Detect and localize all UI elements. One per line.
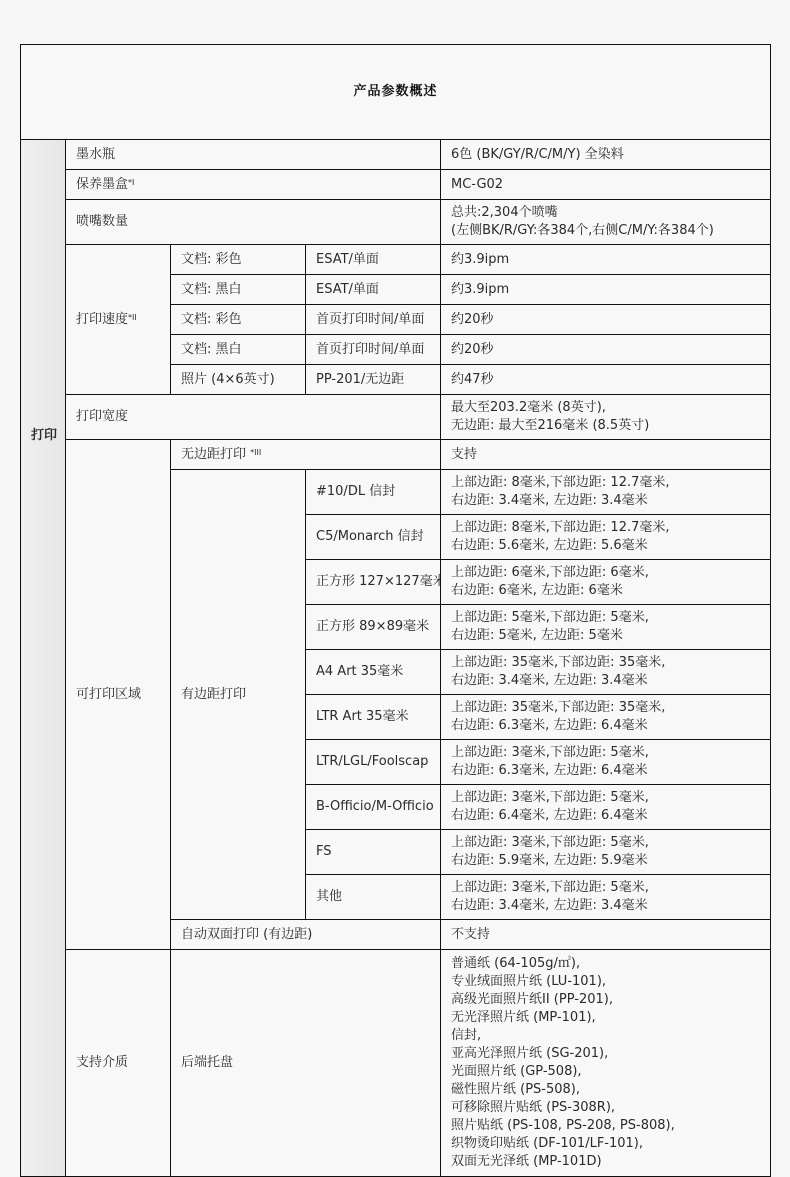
margin-line1: 上部边距: 8毫米,下部边距: 12.7毫米, [451,519,760,537]
margin-media: #10/DL 信封 [306,470,441,515]
duplex-value: 不支持 [441,920,771,950]
margin-media: C5/Monarch 信封 [306,515,441,560]
margin-media: 正方形 127×127毫米 [306,560,441,605]
bordered-label: 有边距打印 [171,470,306,920]
borderless-value: 支持 [441,440,771,470]
media-item: 亚高光泽照片纸 (SG-201), [451,1045,760,1063]
margin-media: A4 Art 35毫米 [306,650,441,695]
margin-value: 上部边距: 3毫米,下部边距: 5毫米,右边距: 6.3毫米, 左边距: 6.4… [441,740,771,785]
margin-value: 上部边距: 35毫米,下部边距: 35毫米,右边距: 6.3毫米, 左边距: 6… [441,695,771,740]
nozzles-value-line1: 总共:2,304个喷嘴 [451,204,760,222]
duplex-label: 自动双面打印 (有边距) [171,920,441,950]
margin-line2: 右边距: 5毫米, 左边距: 5毫米 [451,627,760,645]
speed-type: 文档: 黑白 [171,275,306,305]
footnote-marker: *III [250,448,261,457]
nozzles-value: 总共:2,304个喷嘴 (左侧BK/R/GY:各384个,右侧C/M/Y:各38… [441,200,771,245]
margin-line1: 上部边距: 3毫米,下部边距: 5毫米, [451,789,760,807]
margin-line2: 右边距: 6.3毫米, 左边距: 6.4毫米 [451,717,760,735]
speed-value: 约3.9ipm [441,245,771,275]
margin-value: 上部边距: 5毫米,下部边距: 5毫米,右边距: 5毫米, 左边距: 5毫米 [441,605,771,650]
media-item: 光面照片纸 (GP-508), [451,1063,760,1081]
margin-line2: 右边距: 3.4毫米, 左边距: 3.4毫米 [451,492,760,510]
tray-label: 后端托盘 [171,950,441,1159]
speed-value: 约20秒 [441,305,771,335]
margin-line1: 上部边距: 3毫米,下部边距: 5毫米, [451,879,760,897]
speed-condition: 首页打印时间/单面 [306,305,441,335]
speed-value: 约20秒 [441,335,771,365]
media-item: 可移除照片贴纸 (PS-308R), [451,1099,760,1117]
media-item: 高级光面照片纸II (PP-201), [451,991,760,1009]
ink-bottle-value: 6色 (BK/GY/R/C/M/Y) 全染料 [441,140,771,170]
print-width-line2: 无边距: 最大至216毫米 (8.5英寸) [451,417,760,435]
margin-value: 上部边距: 3毫米,下部边距: 5毫米,右边距: 6.4毫米, 左边距: 6.4… [441,785,771,830]
margin-line2: 右边距: 5.9毫米, 左边距: 5.9毫米 [451,852,760,870]
supported-media-label: 支持介质 [66,950,171,1159]
media-item: 信封, [451,1027,760,1045]
speed-condition: ESAT/单面 [306,275,441,305]
margin-line1: 上部边距: 5毫米,下部边距: 5毫米, [451,609,760,627]
speed-value: 约3.9ipm [441,275,771,305]
media-item: 专业绒面照片纸 (LU-101), [451,973,760,991]
nozzles-value-line2: (左侧BK/R/GY:各384个,右侧C/M/Y:各384个) [451,222,760,240]
print-width-value: 最大至203.2毫米 (8英寸), 无边距: 最大至216毫米 (8.5英寸) [441,395,771,440]
ink-bottle-label: 墨水瓶 [66,140,441,170]
speed-type: 文档: 黑白 [171,335,306,365]
printable-area-label: 可打印区域 [66,440,171,950]
margin-media: 其他 [306,875,441,920]
margin-media: FS [306,830,441,875]
borderless-label-text: 无边距打印 [181,447,246,462]
speed-type: 照片 (4×6英寸) [171,365,306,395]
page-title: 产品参数概述 [21,45,771,140]
margin-line1: 上部边距: 3毫米,下部边距: 5毫米, [451,744,760,762]
margin-media: B-Officio/M-Officio [306,785,441,830]
print-speed-label: 打印速度*II [66,245,171,395]
margin-line2: 右边距: 3.4毫米, 左边距: 3.4毫米 [451,897,760,915]
margin-line2: 右边距: 6.3毫米, 左边距: 6.4毫米 [451,762,760,780]
margin-media: 正方形 89×89毫米 [306,605,441,650]
speed-condition: 首页打印时间/单面 [306,335,441,365]
maintenance-value: MC-G02 [441,170,771,200]
footnote-marker: *II [128,313,137,322]
margin-line2: 右边距: 6毫米, 左边距: 6毫米 [451,582,760,600]
borderless-label: 无边距打印 *III [171,440,441,470]
speed-type: 文档: 彩色 [171,305,306,335]
margin-value: 上部边距: 6毫米,下部边距: 6毫米,右边距: 6毫米, 左边距: 6毫米 [441,560,771,605]
margin-media: LTR Art 35毫米 [306,695,441,740]
media-list: 普通纸 (64-105g/㎡), 专业绒面照片纸 (LU-101), 高级光面照… [441,950,771,1159]
print-width-line1: 最大至203.2毫米 (8英寸), [451,399,760,417]
speed-condition: PP-201/无边距 [306,365,441,395]
margin-media: LTR/LGL/Foolscap [306,740,441,785]
margin-value: 上部边距: 35毫米,下部边距: 35毫米,右边距: 3.4毫米, 左边距: 3… [441,650,771,695]
group-print: 打印 [21,140,66,1159]
margin-line2: 右边距: 3.4毫米, 左边距: 3.4毫米 [451,672,760,690]
margin-line2: 右边距: 5.6毫米, 左边距: 5.6毫米 [451,537,760,555]
media-item: 普通纸 (64-105g/㎡), [451,955,760,973]
media-item: 磁性照片纸 (PS-508), [451,1081,760,1099]
margin-value: 上部边距: 8毫米,下部边距: 12.7毫米,右边距: 3.4毫米, 左边距: … [441,470,771,515]
margin-value: 上部边距: 3毫米,下部边距: 5毫米,右边距: 5.9毫米, 左边距: 5.9… [441,830,771,875]
print-speed-label-text: 打印速度 [76,312,128,327]
print-width-label: 打印宽度 [66,395,441,440]
speed-value: 约47秒 [441,365,771,395]
media-item: 无光泽照片纸 (MP-101), [451,1009,760,1027]
media-item: 照片贴纸 (PS-108, PS-208, PS-808), [451,1117,760,1135]
margin-value: 上部边距: 3毫米,下部边距: 5毫米,右边距: 3.4毫米, 左边距: 3.4… [441,875,771,920]
margin-line2: 右边距: 6.4毫米, 左边距: 6.4毫米 [451,807,760,825]
spec-table: 产品参数概述 打印 墨水瓶 6色 (BK/GY/R/C/M/Y) 全染料 保养墨… [20,44,771,1158]
media-item: 双面无光泽纸 (MP-101D) [451,1153,760,1158]
media-item: 织物烫印贴纸 (DF-101/LF-101), [451,1135,760,1153]
margin-line1: 上部边距: 3毫米,下部边距: 5毫米, [451,834,760,852]
spec-sheet: 产品参数概述 打印 墨水瓶 6色 (BK/GY/R/C/M/Y) 全染料 保养墨… [20,44,770,1158]
maintenance-label-text: 保养墨盒 [76,177,128,192]
nozzles-label: 喷嘴数量 [66,200,441,245]
margin-line1: 上部边距: 35毫米,下部边距: 35毫米, [451,654,760,672]
footnote-marker: *I [128,178,134,187]
margin-line1: 上部边距: 35毫米,下部边距: 35毫米, [451,699,760,717]
speed-type: 文档: 彩色 [171,245,306,275]
margin-line1: 上部边距: 6毫米,下部边距: 6毫米, [451,564,760,582]
margin-value: 上部边距: 8毫米,下部边距: 12.7毫米,右边距: 5.6毫米, 左边距: … [441,515,771,560]
group-label: 打印 [31,427,55,445]
margin-line1: 上部边距: 8毫米,下部边距: 12.7毫米, [451,474,760,492]
maintenance-label: 保养墨盒*I [66,170,441,200]
speed-condition: ESAT/单面 [306,245,441,275]
